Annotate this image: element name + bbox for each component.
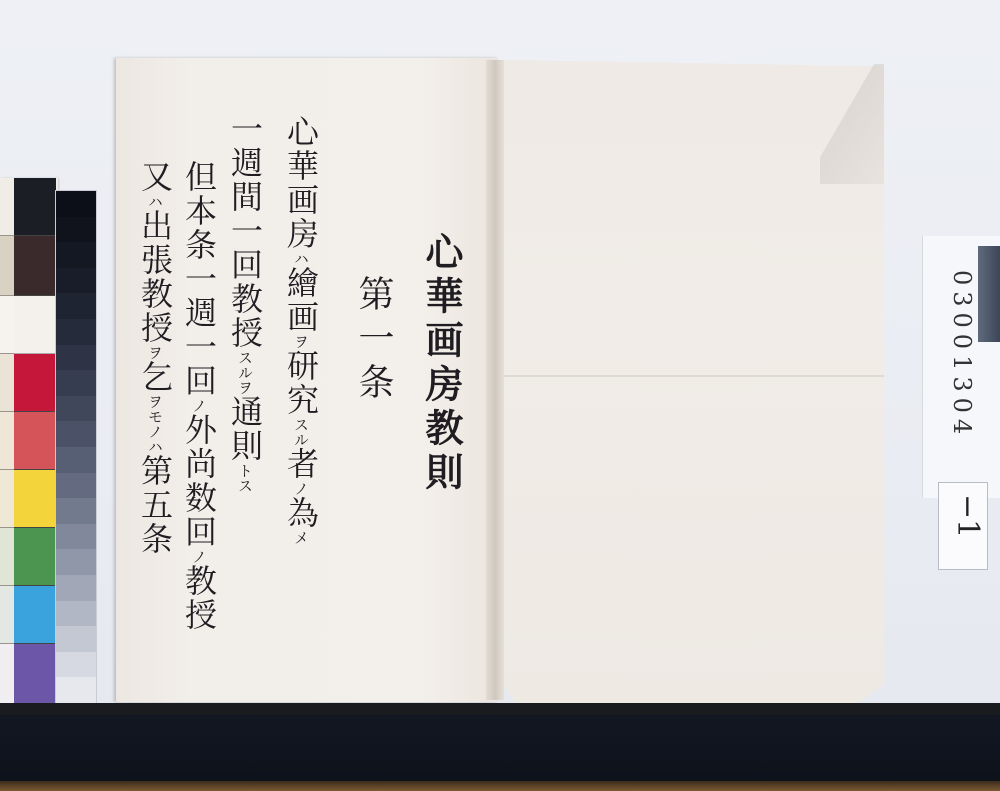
kana-run: ヲ	[146, 345, 164, 360]
page-crease	[500, 375, 884, 377]
archive-id-number: 03001304	[948, 270, 976, 440]
text-run: 但本条一週一回	[180, 160, 218, 398]
archive-id-suffix: −1	[950, 494, 985, 538]
archive-photo-scene: 心華画房教則 第一条 心華画房ハ繪画ヲ研究スル者ノ為メ 一週間一回教授スルヲ通則…	[0, 0, 1000, 791]
patch-cyan	[14, 586, 56, 644]
text-run: 又	[136, 160, 174, 194]
kana-run: ノ	[190, 398, 208, 413]
kana-run: メ	[292, 530, 310, 545]
checker-light-column	[0, 178, 14, 706]
patch-black	[14, 178, 56, 236]
text-run: 為	[282, 496, 320, 530]
patch-white	[14, 296, 56, 354]
article-heading: 第一条	[348, 275, 399, 407]
book-spine	[486, 60, 504, 700]
kana-run: トス	[236, 463, 254, 493]
label-dark-tab	[978, 246, 1000, 342]
grayscale-strip	[55, 190, 97, 704]
patch-red	[14, 354, 56, 412]
kana-run: スル	[292, 417, 310, 447]
body-column-1: 心華画房ハ繪画ヲ研究スル者ノ為メ	[278, 115, 324, 545]
patch-salmon	[14, 412, 56, 470]
patch-dark-brown	[14, 236, 56, 296]
kana-run: ヲモノハ	[146, 394, 164, 454]
patch-yellow	[14, 470, 56, 528]
checker-color-column	[14, 178, 56, 706]
body-column-4: 又ハ出張教授ヲ乞ヲモノハ第五条	[132, 160, 178, 556]
text-run: 教授	[180, 564, 218, 632]
text-run: 乞	[136, 360, 174, 394]
wood-base	[0, 781, 1000, 791]
text-run: 第五条	[136, 454, 174, 556]
kana-run: スルヲ	[236, 350, 254, 395]
black-stand-bar	[0, 715, 1000, 781]
kana-run: ヲ	[292, 334, 310, 349]
stand-edge	[0, 703, 1000, 715]
kana-run: ノ	[190, 549, 208, 564]
text-run: 心華画房	[282, 115, 320, 251]
color-checker-chart	[0, 178, 58, 706]
body-column-3: 但本条一週一回ノ外尚数回ノ教授	[176, 160, 222, 632]
page-corner-fold	[820, 64, 884, 184]
document-title: 心華画房教則	[414, 232, 469, 496]
kana-run: ハ	[292, 251, 310, 266]
kana-run: ノ	[292, 481, 310, 496]
text-run: 一週間一回教授	[226, 112, 264, 350]
text-run: 繪画	[282, 266, 320, 334]
text-run: 者	[282, 447, 320, 481]
text-run: 外尚数回	[180, 413, 218, 549]
patch-green	[14, 528, 56, 586]
body-column-2: 一週間一回教授スルヲ通則トス	[222, 112, 268, 493]
text-run: 出張教授	[136, 209, 174, 345]
text-run: 通則	[226, 395, 264, 463]
patch-purple	[14, 644, 56, 706]
text-run: 研究	[282, 349, 320, 417]
kana-run: ハ	[146, 194, 164, 209]
